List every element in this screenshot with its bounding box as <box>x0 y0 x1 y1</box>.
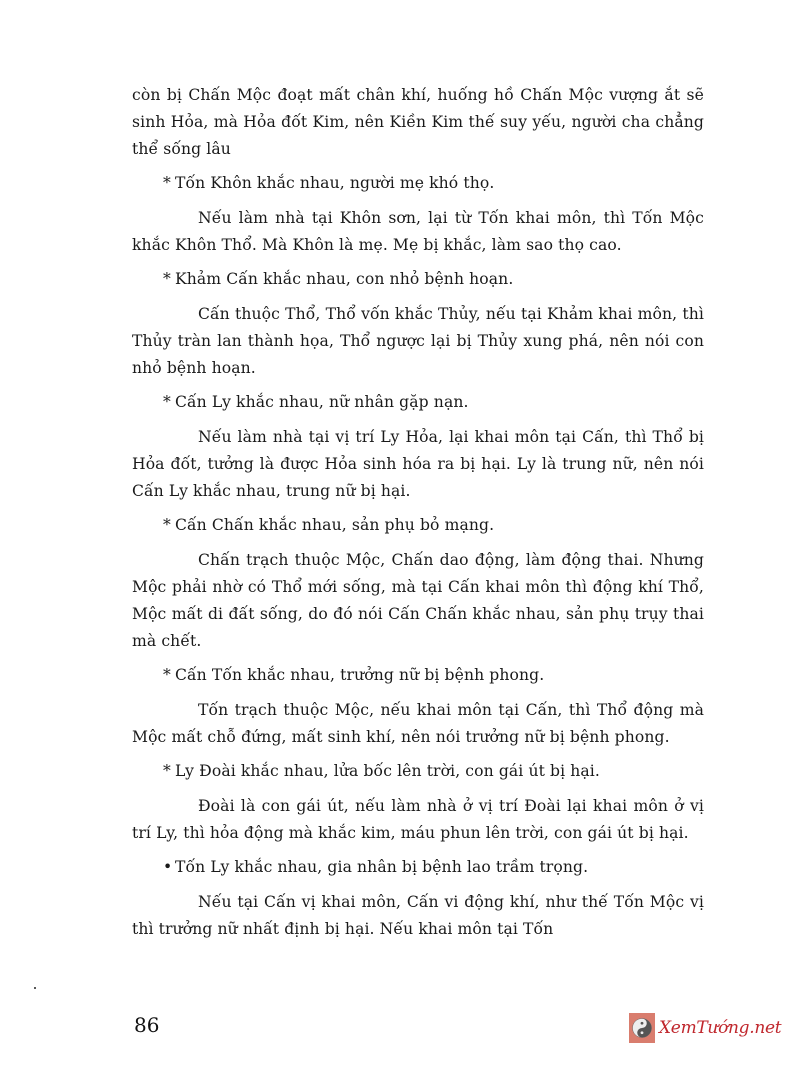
logo-box <box>629 1013 655 1043</box>
paragraph: Nếu làm nhà tại vị trí Ly Hỏa, lại khai … <box>132 424 704 505</box>
paragraph: Nếu làm nhà tại Khôn sơn, lại từ Tốn kha… <box>132 205 704 259</box>
paragraph: Chấn trạch thuộc Mộc, Chấn dao động, làm… <box>132 547 704 655</box>
bullet-text: Cấn Chấn khắc nhau, sản phụ bỏ mạng. <box>175 516 494 534</box>
bullet-marker: * <box>163 266 175 293</box>
bullet-heading: *Cấn Ly khắc nhau, nữ nhân gặp nạn. <box>132 389 704 416</box>
bullet-heading: •Tốn Ly khắc nhau, gia nhân bị bệnh lao … <box>132 854 704 881</box>
bullet-marker: * <box>163 758 175 785</box>
paragraph: Đoài là con gái út, nếu làm nhà ở vị trí… <box>132 793 704 847</box>
paragraph: Tốn trạch thuộc Mộc, nếu khai môn tại Cấ… <box>132 697 704 751</box>
scan-speck <box>34 987 36 989</box>
paragraph: Nếu tại Cấn vị khai môn, Cấn vi động khí… <box>132 889 704 943</box>
bullet-heading: *Khảm Cấn khắc nhau, con nhỏ bệnh hoạn. <box>132 266 704 293</box>
bullet-heading: *Cấn Chấn khắc nhau, sản phụ bỏ mạng. <box>132 512 704 539</box>
bullet-heading: *Ly Đoài khắc nhau, lửa bốc lên trời, co… <box>132 758 704 785</box>
bullet-marker: * <box>163 389 175 416</box>
page-number: 86 <box>134 1013 159 1037</box>
bullet-marker: • <box>163 854 175 881</box>
watermark-logo: XemTướng.net <box>629 1013 781 1043</box>
bullet-text: Tốn Khôn khắc nhau, người mẹ khó thọ. <box>175 174 494 192</box>
watermark-text: XemTướng.net <box>659 1018 781 1038</box>
yin-yang-icon <box>632 1018 652 1038</box>
bullet-marker: * <box>163 512 175 539</box>
bullet-text: Cấn Ly khắc nhau, nữ nhân gặp nạn. <box>175 393 469 411</box>
paragraph: Cấn thuộc Thổ, Thổ vốn khắc Thủy, nếu tạ… <box>132 301 704 382</box>
bullet-heading: *Cấn Tốn khắc nhau, trưởng nữ bị bệnh ph… <box>132 662 704 689</box>
bullet-heading: *Tốn Khôn khắc nhau, người mẹ khó thọ. <box>132 170 704 197</box>
paragraph-continuation: còn bị Chấn Mộc đoạt mất chân khí, huống… <box>132 82 704 163</box>
bullet-text: Tốn Ly khắc nhau, gia nhân bị bệnh lao t… <box>175 858 588 876</box>
bullet-text: Ly Đoài khắc nhau, lửa bốc lên trời, con… <box>175 762 600 780</box>
bullet-text: Khảm Cấn khắc nhau, con nhỏ bệnh hoạn. <box>175 270 513 288</box>
bullet-marker: * <box>163 170 175 197</box>
bullet-marker: * <box>163 662 175 689</box>
bullet-text: Cấn Tốn khắc nhau, trưởng nữ bị bệnh pho… <box>175 666 544 684</box>
page-body: còn bị Chấn Mộc đoạt mất chân khí, huống… <box>132 82 704 950</box>
